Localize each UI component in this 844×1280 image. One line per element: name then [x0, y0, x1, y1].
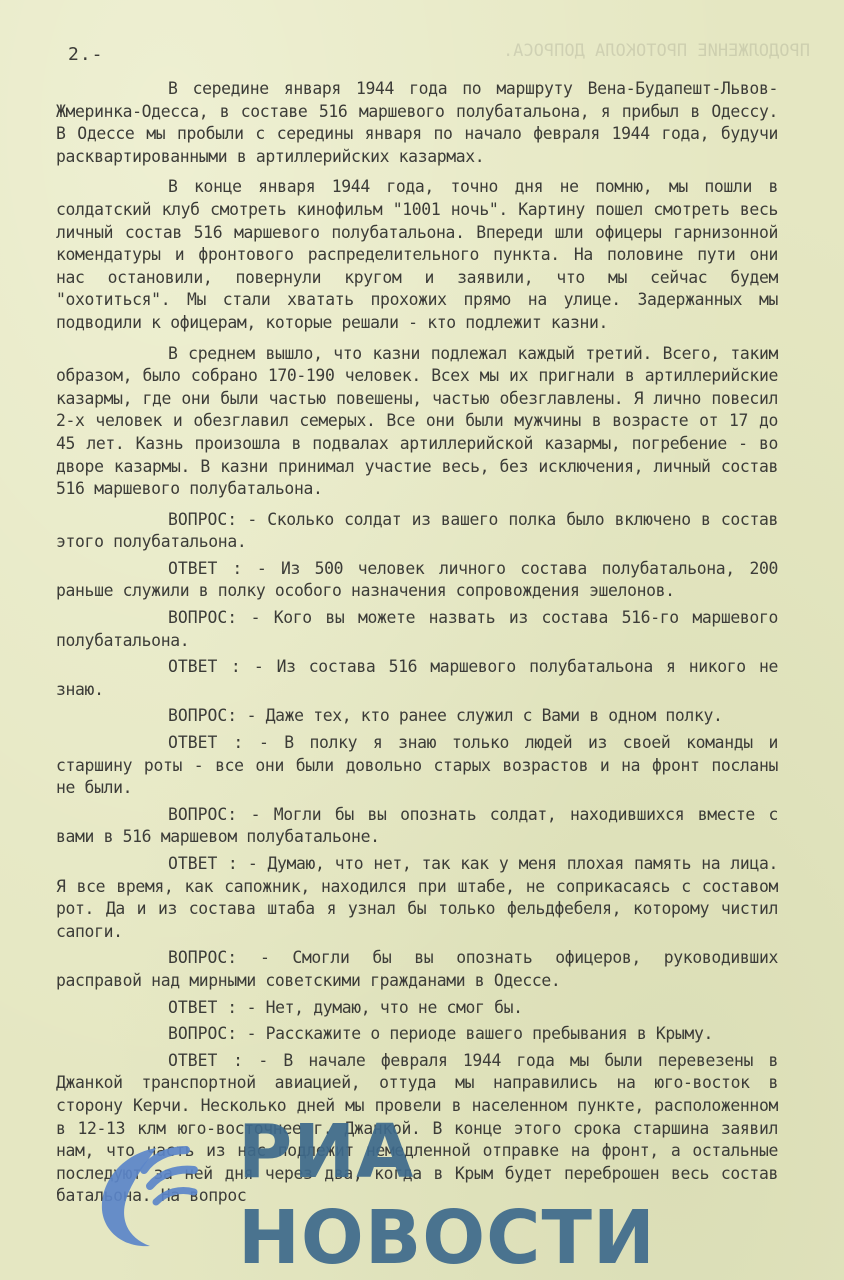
narrative-paragraph: В конце января 1944 года, точно дня не п… [56, 176, 778, 334]
answer-paragraph: ОТВЕТ : - Думаю, что нет, так как у меня… [56, 853, 778, 943]
ria-novosti-arcs-icon [94, 1140, 224, 1250]
paragraph-text: - Сколько солдат из вашего полка было вк… [56, 510, 778, 552]
ria-novosti-brand-text: РИА НОВОСТИ [238, 1109, 764, 1280]
answer-label: ОТВЕТ : [168, 657, 241, 676]
ria-novosti-watermark: РИА НОВОСТИ [94, 1140, 764, 1250]
question-paragraph: ВОПРОС: - Даже тех, кто ранее служил с В… [56, 705, 778, 728]
question-paragraph: ВОПРОС: - Могли бы вы опознать солдат, н… [56, 804, 778, 849]
question-paragraph: ВОПРОС: - Кого вы можете назвать из сост… [56, 607, 778, 652]
paragraph-text: - Даже тех, кто ранее служил с Вами в од… [237, 706, 722, 725]
narrative-paragraph: В середине января 1944 года по маршруту … [56, 78, 778, 168]
question-label: ВОПРОС: [168, 608, 237, 627]
paragraph-text: - Думаю, что нет, так как у меня плохая … [56, 854, 778, 941]
paragraph-text: - Из 500 человек личного состава полубат… [56, 559, 778, 601]
question-paragraph: ВОПРОС: - Расскажите о периоде вашего пр… [56, 1023, 778, 1046]
paragraph-text: - Расскажите о периоде вашего пребывания… [237, 1024, 713, 1043]
question-label: ВОПРОС: [168, 805, 237, 824]
answer-label: ОТВЕТ : [168, 733, 243, 752]
answer-paragraph: ОТВЕТ : - В полку я знаю только людей из… [56, 732, 778, 800]
paragraph-text: В конце января 1944 года, точно дня не п… [56, 177, 778, 332]
paragraph-text: В среднем вышло, что казни подлежал кажд… [56, 344, 778, 499]
question-label: ВОПРОС: [168, 948, 237, 967]
paragraph-text: - Из состава 516 маршевого полубатальона… [56, 657, 778, 699]
paragraph-text: - Нет, думаю, что не смог бы. [237, 998, 523, 1017]
question-paragraph: ВОПРОС: - Сколько солдат из вашего полка… [56, 509, 778, 554]
typewritten-document-body: В середине января 1944 года по маршруту … [56, 78, 778, 1212]
answer-label: ОТВЕТ : [168, 998, 237, 1017]
paragraph-text: В середине января 1944 года по маршруту … [56, 79, 778, 166]
question-label: ВОПРОС: [168, 510, 237, 529]
paragraph-text: - В полку я знаю только людей из своей к… [56, 733, 778, 797]
question-label: ВОПРОС: [168, 1024, 237, 1043]
question-paragraph: ВОПРОС: - Смогли бы вы опознать офицеров… [56, 947, 778, 992]
narrative-paragraph: В среднем вышло, что казни подлежал кажд… [56, 343, 778, 501]
question-label: ВОПРОС: [168, 706, 237, 725]
paragraph-text: - Смогли бы вы опознать офицеров, руково… [56, 948, 778, 990]
page-number: 2.- [68, 44, 104, 65]
answer-label: ОТВЕТ : [168, 559, 242, 578]
answer-paragraph: ОТВЕТ : - Из состава 516 маршевого полуб… [56, 656, 778, 701]
answer-label: ОТВЕТ : [168, 854, 238, 873]
answer-paragraph: ОТВЕТ : - Из 500 человек личного состава… [56, 558, 778, 603]
answer-paragraph: ОТВЕТ : - Нет, думаю, что не смог бы. [56, 997, 778, 1020]
answer-label: ОТВЕТ : [168, 1051, 243, 1070]
paragraph-text: - Могли бы вы опознать солдат, находивши… [56, 805, 778, 847]
paragraph-text: - Кого вы можете назвать из состава 516-… [56, 608, 778, 650]
